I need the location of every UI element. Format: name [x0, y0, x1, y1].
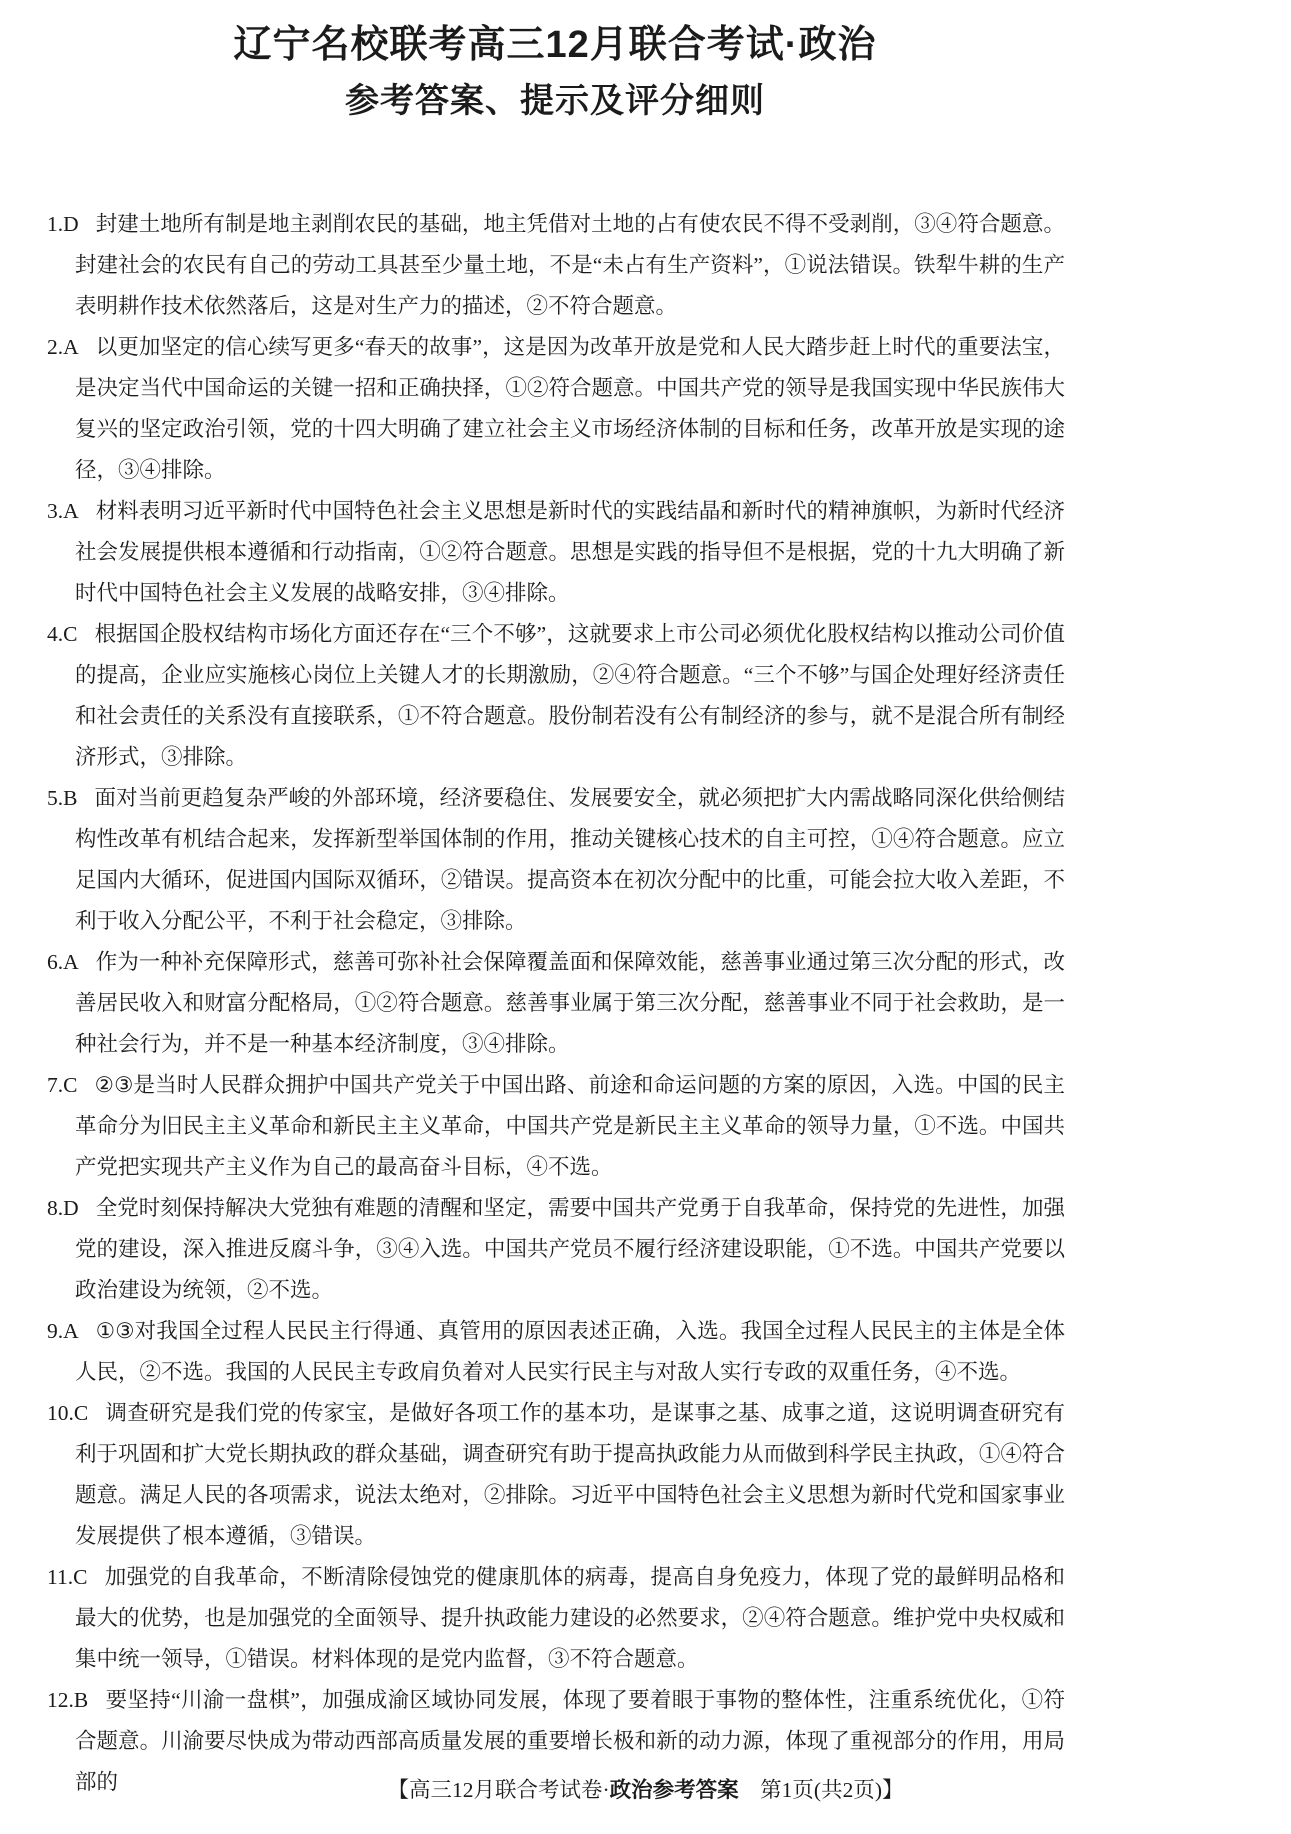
answer-item-3: 3.A材料表明习近平新时代中国特色社会主义思想是新时代的实践结晶和新时代的精神旗…: [47, 491, 1065, 614]
answer-text: 材料表明习近平新时代中国特色社会主义思想是新时代的实践结晶和新时代的精神旗帜，为…: [75, 499, 1065, 605]
answer-item-5: 5.B面对当前更趋复杂严峻的外部环境，经济要稳住、发展要安全，就必须把扩大内需战…: [47, 778, 1065, 942]
answer-number: 9.A: [47, 1319, 79, 1343]
answer-text: ①③对我国全过程人民民主行得通、真管用的原因表述正确，入选。我国全过程人民民主的…: [75, 1319, 1065, 1384]
document-page: 辽宁名校联考高三12月联合考试·政治 参考答案、提示及评分细则 1.D封建土地所…: [0, 0, 1291, 1834]
answer-text: 面对当前更趋复杂严峻的外部环境，经济要稳住、发展要安全，就必须把扩大内需战略同深…: [75, 786, 1065, 933]
answer-item-1: 1.D封建土地所有制是地主剥削农民的基础，地主凭借对土地的占有使农民不得不受剥削…: [47, 204, 1065, 327]
answer-item-7: 7.C②③是当时人民群众拥护中国共产党关于中国出路、前途和命运问题的方案的原因，…: [47, 1065, 1065, 1188]
answer-item-9: 9.A①③对我国全过程人民民主行得通、真管用的原因表述正确，入选。我国全过程人民…: [47, 1311, 1065, 1393]
answer-number: 4.C: [47, 622, 77, 646]
answer-text: 调查研究是我们党的传家宝，是做好各项工作的基本功，是谋事之基、成事之道，这说明调…: [75, 1401, 1065, 1548]
answer-number: 11.C: [47, 1565, 87, 1589]
answer-number: 10.C: [47, 1401, 88, 1425]
answer-number: 5.B: [47, 786, 77, 810]
answer-number: 2.A: [47, 335, 79, 359]
footer-prefix: 【高三12月联合考试卷·: [387, 1778, 609, 1802]
answer-number: 1.D: [47, 212, 79, 236]
answer-text: 加强党的自我革命，不断清除侵蚀党的健康肌体的病毒，提高自身免疫力，体现了党的最鲜…: [75, 1565, 1065, 1671]
answer-text: 根据国企股权结构市场化方面还存在“三个不够”，这就要求上市公司必须优化股权结构以…: [75, 622, 1065, 769]
answer-number: 12.B: [47, 1688, 88, 1712]
answer-number: 6.A: [47, 950, 79, 974]
answer-text: 全党时刻保持解决大党独有难题的清醒和坚定，需要中国共产党勇于自我革命，保持党的先…: [75, 1196, 1065, 1302]
footer-subject-label: 政治参考答案: [610, 1778, 739, 1802]
answer-item-2: 2.A以更加坚定的信心续写更多“春天的故事”，这是因为改革开放是党和人民大踏步赶…: [47, 327, 1065, 491]
answer-text: 作为一种补充保障形式，慈善可弥补社会保障覆盖面和保障效能，慈善事业通过第三次分配…: [75, 950, 1065, 1056]
answer-item-11: 11.C加强党的自我革命，不断清除侵蚀党的健康肌体的病毒，提高自身免疫力，体现了…: [47, 1557, 1065, 1680]
answer-number: 8.D: [47, 1196, 79, 1220]
answer-item-6: 6.A作为一种补充保障形式，慈善可弥补社会保障覆盖面和保障效能，慈善事业通过第三…: [47, 942, 1065, 1065]
page-subtitle: 参考答案、提示及评分细则: [47, 76, 1063, 126]
answer-list: 1.D封建土地所有制是地主剥削农民的基础，地主凭借对土地的占有使农民不得不受剥削…: [47, 204, 1065, 1803]
answer-item-8: 8.D全党时刻保持解决大党独有难题的清醒和坚定，需要中国共产党勇于自我革命，保持…: [47, 1188, 1065, 1311]
answer-number: 3.A: [47, 499, 79, 523]
answer-text: 封建土地所有制是地主剥削农民的基础，地主凭借对土地的占有使农民不得不受剥削，③④…: [75, 212, 1065, 318]
answer-text: 以更加坚定的信心续写更多“春天的故事”，这是因为改革开放是党和人民大踏步赶上时代…: [75, 335, 1065, 482]
page-footer: 【高三12月联合考试卷·政治参考答案 第1页(共2页)】: [0, 1773, 1291, 1807]
answer-item-4: 4.C根据国企股权结构市场化方面还存在“三个不够”，这就要求上市公司必须优化股权…: [47, 614, 1065, 778]
answer-text: ②③是当时人民群众拥护中国共产党关于中国出路、前途和命运问题的方案的原因，入选。…: [75, 1073, 1065, 1179]
footer-page-number: 第1页(共2页)】: [739, 1778, 904, 1802]
answer-number: 7.C: [47, 1073, 77, 1097]
document-header: 辽宁名校联考高三12月联合考试·政治 参考答案、提示及评分细则: [47, 18, 1063, 126]
answer-item-10: 10.C调查研究是我们党的传家宝，是做好各项工作的基本功，是谋事之基、成事之道，…: [47, 1393, 1065, 1557]
page-title: 辽宁名校联考高三12月联合考试·政治: [47, 18, 1063, 72]
